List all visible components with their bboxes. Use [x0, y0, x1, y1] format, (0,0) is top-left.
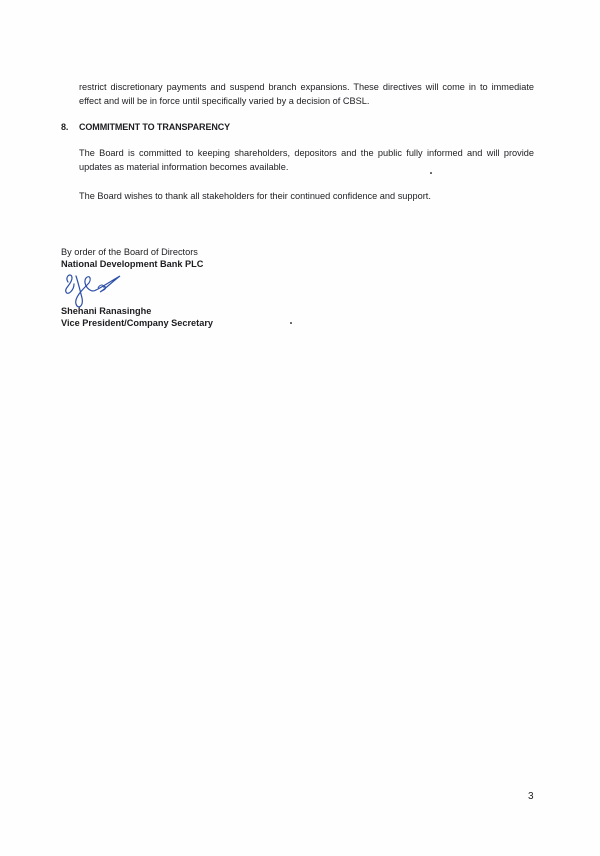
section-heading: 8.COMMITMENT TO TRANSPARENCY — [61, 122, 230, 132]
thanks-paragraph: The Board wishes to thank all stakeholde… — [79, 189, 534, 203]
section-title: COMMITMENT TO TRANSPARENCY — [79, 122, 230, 132]
scan-speck — [430, 172, 432, 174]
signatory-name: Shehani Ranasinghe — [61, 305, 151, 317]
by-order-line: By order of the Board of Directors — [61, 246, 198, 258]
continued-paragraph: restrict discretionary payments and susp… — [79, 80, 534, 108]
page-number: 3 — [528, 791, 534, 802]
document-page: restrict discretionary payments and susp… — [0, 0, 600, 856]
section-number: 8. — [61, 122, 79, 132]
scan-speck — [290, 322, 292, 324]
signatory-title: Vice President/Company Secretary — [61, 317, 213, 329]
transparency-paragraph: The Board is committed to keeping shareh… — [79, 146, 534, 174]
